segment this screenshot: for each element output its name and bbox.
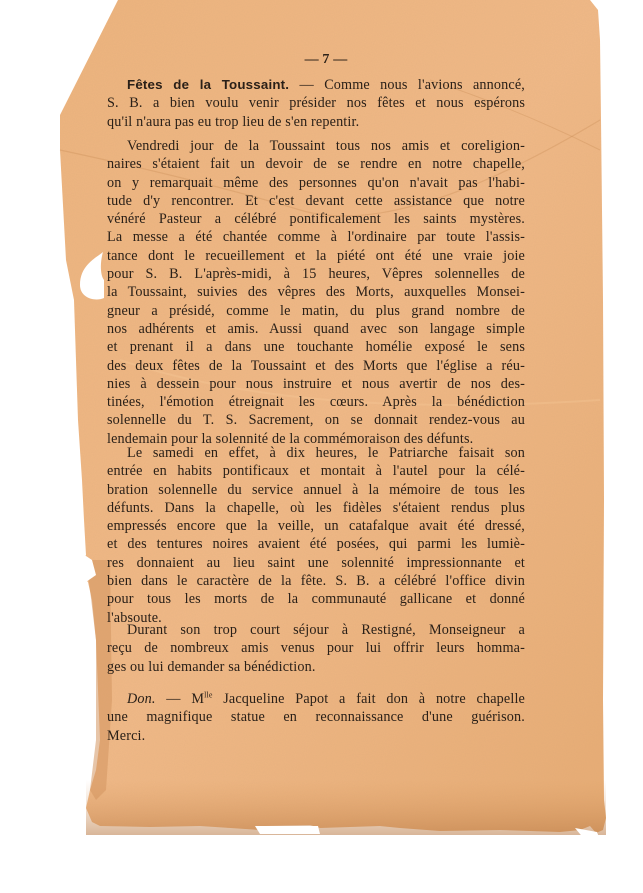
toussaint-line-1: Fêtes de la Toussaint. — Comme nous l'av… [107, 76, 525, 94]
text-line: nies à dessein pour nous instruire et no… [107, 375, 525, 393]
don-line: Merci. [107, 727, 525, 745]
paragraph-samedi: Le samedi en effet, à dix heures, le Pat… [107, 444, 525, 627]
text-line: tance dont le recueillement et la piété … [107, 247, 525, 265]
don-line: une magnifique statue en reconnaissance … [107, 708, 525, 726]
text-line: ges ou lui demander sa bénédiction. [107, 658, 525, 676]
text-line: Vendredi jour de la Toussaint tous nos a… [107, 137, 525, 155]
paragraph-restigne: Durant son trop court séjour à Restigné,… [107, 621, 525, 676]
toussaint-heading: Fêtes de la Toussaint. [127, 77, 289, 92]
section-don: Don. — Mlle Jacqueline Papot a fait don … [107, 690, 525, 745]
toussaint-line: qu'il n'aura pas eu trop lieu de s'en re… [107, 113, 525, 131]
toussaint-line: S. B. a bien voulu venir présider nos fê… [107, 94, 525, 112]
text-line: et des tentures noires avaient été posée… [107, 535, 525, 553]
text-line: vénéré Pasteur a célébré pontificalement… [107, 210, 525, 228]
section-toussaint: Fêtes de la Toussaint. — Comme nous l'av… [107, 76, 525, 131]
text-line: la Toussaint, suivies des vêpres des Mor… [107, 283, 525, 301]
text-line: on y remarquait même des personnes qu'on… [107, 174, 525, 192]
don-heading: Don. [127, 691, 156, 707]
text-line: res donnaient au lieu saint une solennit… [107, 554, 525, 572]
text-line: pour S. B. L'après-midi, à 15 heures, Vê… [107, 265, 525, 283]
text-line: nos adhérents et amis. Aussi quand avec … [107, 320, 525, 338]
text-line: Le samedi en effet, à dix heures, le Pat… [107, 444, 525, 462]
page-number: — 7 — [107, 51, 525, 69]
text-line: tinées, l'émotion étreignait les cœurs. … [107, 393, 525, 411]
paragraph-vendredi: Vendredi jour de la Toussaint tous nos a… [107, 137, 525, 448]
text-line: gneur a présidé, comme le matin, du plus… [107, 302, 525, 320]
don-line-1: Don. — Mlle Jacqueline Papot a fait don … [107, 690, 525, 708]
text-line: empressés encore que la veille, un cataf… [107, 517, 525, 535]
text-line: bien dans le caractère de la fête. S. B.… [107, 572, 525, 590]
text-line: entrée en habits pontificaux et montait … [107, 462, 525, 480]
text-line: solennelle du T. S. Sacrement, on se don… [107, 411, 525, 429]
text-line: bration solennelle du service annuel à l… [107, 481, 525, 499]
text-line: La messe a été chantée comme à l'ordinai… [107, 228, 525, 246]
text-line: tude d'y rencontrer. Et c'est devant cet… [107, 192, 525, 210]
text-line: défunts. Dans la chapelle, où les fidèle… [107, 499, 525, 517]
text-line: pour tous les morts de la communauté gal… [107, 590, 525, 608]
text-line: reçu de nombreux amis venus pour lui off… [107, 639, 525, 657]
text-line: des deux fêtes de la Toussaint et des Mo… [107, 357, 525, 375]
text-line: et prenant il a dans une touchante homél… [107, 338, 525, 356]
text-line: naires s'étaient fait un devoir de se re… [107, 155, 525, 173]
text-line: Durant son trop court séjour à Restigné,… [107, 621, 525, 639]
